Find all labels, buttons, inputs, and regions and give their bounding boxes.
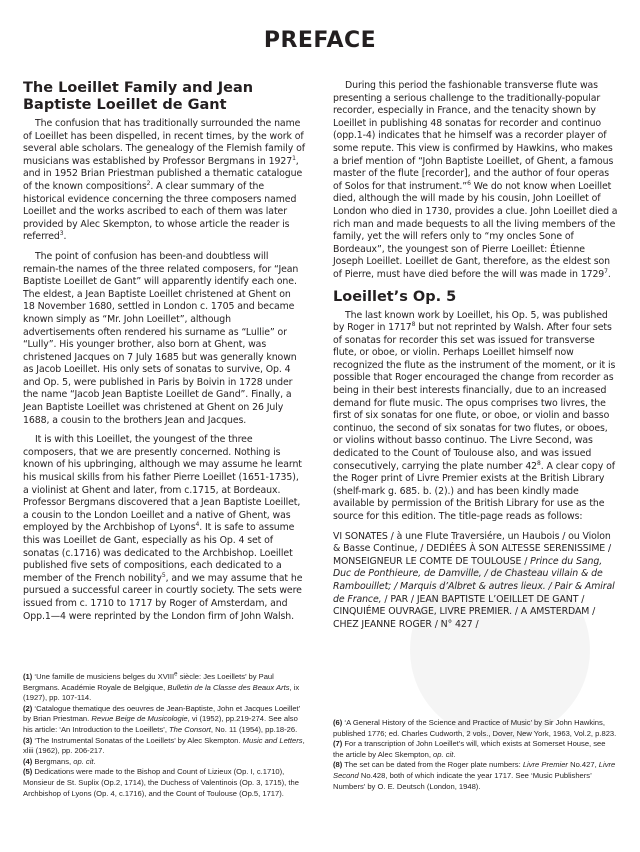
footnote: (7) For a transcription of John Loeillet… [333, 739, 618, 760]
footnote-reference: 3 [60, 230, 64, 237]
italic-text: Revue Beige de Musicologie [91, 714, 187, 723]
page-title: PREFACE [0, 28, 640, 53]
footnote-number: (3) [23, 736, 32, 745]
italic-text: Bulletin de la Classe des Beaux Arts [167, 683, 289, 692]
footnote-number: (1) [23, 672, 32, 681]
footnote-number: (4) [23, 757, 32, 766]
footnote-reference: e [174, 671, 177, 677]
footnote: (5) Dedications were made to the Bishop … [23, 767, 308, 799]
footnote-number: (2) [23, 704, 32, 713]
footnote: (3) ‘The Instrumental Sonatas of the Loe… [23, 736, 308, 757]
footnote-number: (7) [333, 739, 342, 748]
footnote-reference: 5 [162, 572, 166, 579]
footnote-number: (6) [333, 718, 342, 727]
paragraph: The point of confusion has been-and doub… [23, 251, 305, 427]
footnote-number: (8) [333, 760, 342, 769]
section-heading-op5: Loeillet’s Op. 5 [333, 289, 618, 306]
footnote: (8) The set can be dated from the Roger … [333, 760, 618, 792]
italic-text: op. cit [433, 750, 453, 759]
footnote-reference: 2 [147, 180, 151, 187]
right-column: During this period the fashionable trans… [333, 80, 618, 638]
footnote-reference: 6 [467, 180, 471, 187]
paragraph: It is with this Loeillet, the youngest o… [23, 434, 305, 623]
section-heading-loeillet-family: The Loeillet Family and Jean Baptiste Lo… [23, 80, 305, 114]
italic-text: Livre Second [333, 760, 615, 780]
footnote: (1) ‘Une famille de musiciens belges du … [23, 672, 308, 704]
italic-text: Music and Letters [243, 736, 303, 745]
paragraph: The last known work by Loeillet, his Op.… [333, 310, 618, 524]
footnote-reference: 8 [412, 321, 416, 328]
footnote-reference: 4 [195, 521, 199, 528]
italic-text: Livre Premier [523, 760, 568, 769]
footnote-number: (5) [23, 767, 32, 776]
paragraph: During this period the fashionable trans… [333, 80, 618, 282]
footnote: (2) ‘Catalogue thematique des oeuvres de… [23, 704, 308, 736]
italic-text: Prince du Sang, Duc de Ponthieure, de Da… [333, 556, 615, 605]
left-column: The Loeillet Family and Jean Baptiste Lo… [23, 80, 305, 630]
footnote-reference: 1 [292, 155, 296, 162]
title-page-transcription: VI SONATES / à une Flute Traversiére, un… [333, 531, 618, 632]
footnote-reference: 8 [537, 460, 541, 467]
italic-text: The Consort [169, 725, 211, 734]
italic-text: op. cit [73, 757, 93, 766]
footnote: (6) ‘A General History of the Science an… [333, 718, 618, 739]
footnotes-left: (1) ‘Une famille de musiciens belges du … [23, 672, 308, 799]
paragraph: The confusion that has traditionally sur… [23, 118, 305, 244]
footnotes-right: (6) ‘A General History of the Science an… [333, 718, 618, 792]
footnote-reference: 7 [604, 268, 608, 275]
footnote: (4) Bergmans, op. cit. [23, 757, 308, 768]
